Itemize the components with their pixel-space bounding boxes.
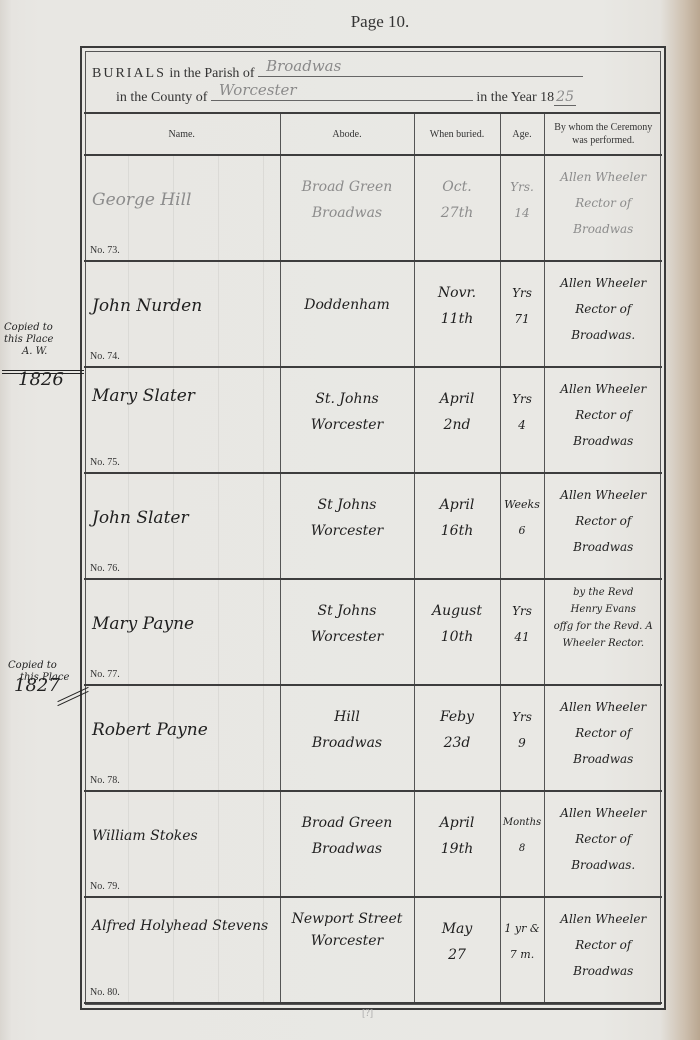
county-value: Worcester <box>219 81 297 99</box>
name-cell: Robert PayneNo. 78. <box>84 685 280 791</box>
age-unit: Months <box>501 810 544 836</box>
abode-cell: Newport StreetWorcester <box>280 897 414 1003</box>
abode-line: Worcester <box>281 624 414 650</box>
date-cell: April2nd <box>414 367 500 473</box>
age-value: 71 <box>501 306 544 332</box>
age-unit: 1 yr & <box>501 916 544 942</box>
abode-line: Worcester <box>281 930 414 952</box>
abode-line: St Johns <box>281 492 414 518</box>
officiant-line: Rector of <box>545 508 663 534</box>
margin-note-initials: A. W. <box>4 346 53 358</box>
parish-label: in the Parish of <box>169 66 254 81</box>
date-month: April <box>415 810 500 836</box>
name-cell: Mary PayneNo. 77. <box>84 579 280 685</box>
age-value: 6 <box>501 518 544 544</box>
officiant-cell: Allen WheelerRector ofBroadwas <box>544 473 662 579</box>
county-label: in the County of <box>116 90 207 105</box>
register-header: BURIALS in the Parish of Broadwas in the… <box>88 52 658 110</box>
abode-cell: Doddenham <box>280 261 414 367</box>
signature-mark: [?] <box>362 1008 373 1019</box>
entry-number: No. 78. <box>90 775 120 786</box>
date-month: Feby <box>415 704 500 730</box>
margin-note-line: this Place <box>4 334 53 346</box>
abode-line: Worcester <box>281 518 414 544</box>
date-month: May <box>415 916 500 942</box>
officiant-line: Allen Wheeler <box>545 164 663 190</box>
date-day: 27th <box>415 200 500 226</box>
officiant-line: Allen Wheeler <box>545 800 663 826</box>
age-value: 4 <box>501 412 544 438</box>
parish-field: Broadwas <box>258 60 583 77</box>
year-value: 25 <box>554 89 576 106</box>
officiant-line: Broadwas <box>545 216 663 242</box>
officiant-line: Broadwas <box>545 534 663 560</box>
officiant-line: Broadwas <box>545 958 663 984</box>
column-header-when-buried: When buried. <box>414 114 500 155</box>
age-cell: Yrs4 <box>500 367 544 473</box>
table-row: Mary SlaterNo. 75. St. JohnsWorcester Ap… <box>84 367 662 473</box>
date-cell: August10th <box>414 579 500 685</box>
name-cell: William StokesNo. 79. <box>84 791 280 897</box>
table-row: John NurdenNo. 74. Doddenham Novr.11th Y… <box>84 261 662 367</box>
entry-number: No. 79. <box>90 881 120 892</box>
entry-number: No. 80. <box>90 987 120 998</box>
officiant-line: Henry Evans <box>545 601 663 618</box>
officiant-cell: Allen WheelerRector ofBroadwas. <box>544 791 662 897</box>
abode-cell: HillBroadwas <box>280 685 414 791</box>
entry-number: No. 77. <box>90 669 120 680</box>
abode-line: Broad Green <box>281 810 414 836</box>
date-day: 2nd <box>415 412 500 438</box>
entry-name: Robert Payne <box>84 686 280 744</box>
officiant-line: Rector of <box>545 296 663 322</box>
officiant-line: Allen Wheeler <box>545 694 663 720</box>
name-cell: John NurdenNo. 74. <box>84 261 280 367</box>
table-row: Mary PayneNo. 77. St JohnsWorcester Augu… <box>84 579 662 685</box>
officiant-line: Allen Wheeler <box>545 482 663 508</box>
column-header-name: Name. <box>84 114 280 155</box>
margin-note-copied-1826: Copied to this Place A. W. <box>4 322 53 358</box>
age-unit: Yrs <box>501 704 544 730</box>
officiant-line: Rector of <box>545 826 663 852</box>
date-cell: May27 <box>414 897 500 1003</box>
abode-line: Broadwas <box>281 836 414 862</box>
officiant-cell: by the RevdHenry Evansoffg for the Revd.… <box>544 579 662 685</box>
officiant-line: Rector of <box>545 190 663 216</box>
abode-line: Worcester <box>281 412 414 438</box>
date-cell: April16th <box>414 473 500 579</box>
officiant-cell: Allen WheelerRector ofBroadwas <box>544 367 662 473</box>
officiant-cell: Allen WheelerRector ofBroadwas <box>544 685 662 791</box>
table-row: Robert PayneNo. 78. HillBroadwas Feby23d… <box>84 685 662 791</box>
age-cell: 1 yr &7 m. <box>500 897 544 1003</box>
abode-line: Broadwas <box>281 200 414 226</box>
officiant-cell: Allen WheelerRector ofBroadwas <box>544 155 662 261</box>
age-cell: Yrs.14 <box>500 155 544 261</box>
age-value: 14 <box>501 200 544 226</box>
entry-name: Alfred Holyhead Stevens <box>84 898 280 938</box>
burials-table: Name. Abode. When buried. Age. By whom t… <box>84 114 662 1004</box>
entry-name: George Hill <box>84 156 280 214</box>
age-unit: Weeks <box>501 492 544 518</box>
table-row: William StokesNo. 79. Broad GreenBroadwa… <box>84 791 662 897</box>
date-day: 27 <box>415 942 500 968</box>
age-cell: Yrs71 <box>500 261 544 367</box>
officiant-line: Allen Wheeler <box>545 906 663 932</box>
age-unit: Yrs <box>501 280 544 306</box>
date-month: Oct. <box>415 174 500 200</box>
page-number: Page 10. <box>0 12 700 32</box>
date-cell: Novr.11th <box>414 261 500 367</box>
age-cell: Yrs41 <box>500 579 544 685</box>
margin-year-1827: 1827 <box>14 680 60 692</box>
officiant-line: Allen Wheeler <box>545 270 663 296</box>
age-unit: Yrs <box>501 598 544 624</box>
date-day: 11th <box>415 306 500 332</box>
abode-line: Broadwas <box>281 730 414 756</box>
age-unit: Yrs <box>501 386 544 412</box>
name-cell: Alfred Holyhead StevensNo. 80. <box>84 897 280 1003</box>
margin-note-line: Copied to <box>8 660 69 672</box>
date-month: August <box>415 598 500 624</box>
abode-cell: St JohnsWorcester <box>280 473 414 579</box>
date-day: 23d <box>415 730 500 756</box>
column-header-age: Age. <box>500 114 544 155</box>
abode-line: Broad Green <box>281 174 414 200</box>
date-cell: Feby23d <box>414 685 500 791</box>
officiant-line: Broadwas <box>545 746 663 772</box>
column-header-abode: Abode. <box>280 114 414 155</box>
table-row: George HillNo. 73. Broad GreenBroadwas O… <box>84 155 662 261</box>
age-cell: Weeks6 <box>500 473 544 579</box>
age-value: 8 <box>501 836 544 862</box>
date-day: 10th <box>415 624 500 650</box>
age-value: 41 <box>501 624 544 650</box>
date-cell: April19th <box>414 791 500 897</box>
officiant-line: Allen Wheeler <box>545 376 663 402</box>
column-header-officiant: By whom the Ceremony was performed. <box>544 114 662 155</box>
name-cell: Mary SlaterNo. 75. <box>84 367 280 473</box>
abode-cell: Broad GreenBroadwas <box>280 155 414 261</box>
date-month: April <box>415 386 500 412</box>
abode-cell: Broad GreenBroadwas <box>280 791 414 897</box>
date-day: 19th <box>415 836 500 862</box>
county-field: Worcester <box>211 84 473 101</box>
column-header-row: Name. Abode. When buried. Age. By whom t… <box>84 114 662 155</box>
entry-name: John Slater <box>84 474 280 532</box>
table-row: Alfred Holyhead StevensNo. 80. Newport S… <box>84 897 662 1003</box>
entry-name: Mary Payne <box>84 580 280 638</box>
officiant-line: Rector of <box>545 402 663 428</box>
officiant-line: by the Revd <box>545 584 663 601</box>
officiant-line: offg for the Revd. A Wheeler Rector. <box>545 618 663 652</box>
abode-cell: St JohnsWorcester <box>280 579 414 685</box>
margin-note-line: Copied to <box>4 322 53 334</box>
name-cell: George HillNo. 73. <box>84 155 280 261</box>
entry-name: John Nurden <box>84 262 280 320</box>
abode-line: Newport Street <box>281 908 414 930</box>
date-month: April <box>415 492 500 518</box>
officiant-cell: Allen WheelerRector ofBroadwas <box>544 897 662 1003</box>
officiant-line: Broadwas <box>545 428 663 454</box>
age-cell: Yrs9 <box>500 685 544 791</box>
abode-line: St. Johns <box>281 386 414 412</box>
age-value: 9 <box>501 730 544 756</box>
officiant-line: Broadwas. <box>545 852 663 878</box>
entry-number: No. 75. <box>90 457 120 468</box>
entry-number: No. 73. <box>90 245 120 256</box>
date-day: 16th <box>415 518 500 544</box>
county-line: in the County of Worcester in the Year 1… <box>116 84 576 106</box>
abode-line: Doddenham <box>281 292 414 318</box>
abode-cell: St. JohnsWorcester <box>280 367 414 473</box>
entry-number: No. 76. <box>90 563 120 574</box>
margin-year-1826: 1826 <box>18 374 64 386</box>
officiant-line: Broadwas. <box>545 322 663 348</box>
abode-line: Hill <box>281 704 414 730</box>
officiant-line: Rector of <box>545 720 663 746</box>
parish-value: Broadwas <box>266 57 341 75</box>
date-month: Novr. <box>415 280 500 306</box>
year-label: in the Year 18 <box>476 90 554 105</box>
date-cell: Oct.27th <box>414 155 500 261</box>
age-value: 7 m. <box>501 942 544 968</box>
abode-line: St Johns <box>281 598 414 624</box>
officiant-line: Rector of <box>545 932 663 958</box>
entry-number: No. 74. <box>90 351 120 362</box>
name-cell: John SlaterNo. 76. <box>84 473 280 579</box>
entry-name: William Stokes <box>84 792 280 850</box>
table-row: John SlaterNo. 76. St JohnsWorcester Apr… <box>84 473 662 579</box>
age-cell: Months8 <box>500 791 544 897</box>
entry-name: Mary Slater <box>84 368 280 410</box>
parish-line: BURIALS in the Parish of Broadwas <box>92 60 583 82</box>
officiant-cell: Allen WheelerRector ofBroadwas. <box>544 261 662 367</box>
burials-heading: BURIALS <box>92 66 166 81</box>
age-unit: Yrs. <box>501 174 544 200</box>
